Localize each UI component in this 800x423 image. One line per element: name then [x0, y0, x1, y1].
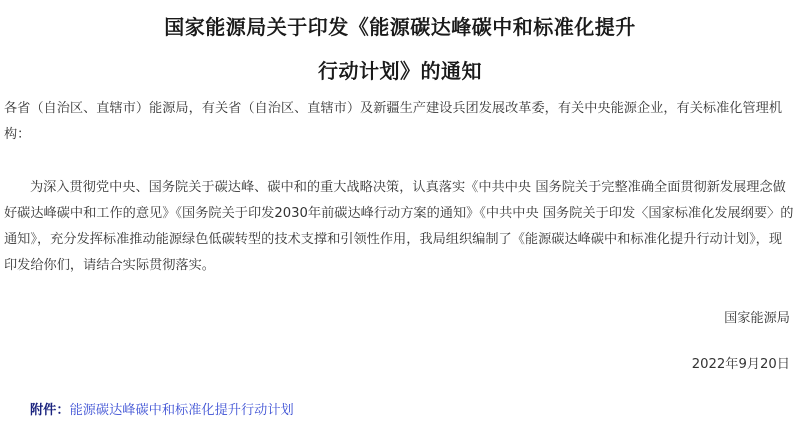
title-line-1: 国家能源局关于印发《能源碳达峰碳中和标准化提升	[0, 11, 800, 40]
attachment-line: 附件：能源碳达峰碳中和标准化提升行动计划	[30, 399, 294, 418]
salutation: 各省（自治区、直辖市）能源局，有关省（自治区、直辖市）及新疆生产建设兵团发展改革…	[4, 96, 794, 148]
signature-date: 2022年9月20日	[692, 353, 790, 372]
signature-organization: 国家能源局	[724, 307, 790, 326]
attachment-link[interactable]: 能源碳达峰碳中和标准化提升行动计划	[70, 403, 294, 418]
attachment-label: 附件：	[30, 403, 70, 418]
body-paragraph: 为深入贯彻党中央、国务院关于碳达峰、碳中和的重大战略决策，认真落实《中共中央 国…	[4, 175, 794, 279]
title-line-2: 行动计划》的通知	[0, 55, 800, 84]
